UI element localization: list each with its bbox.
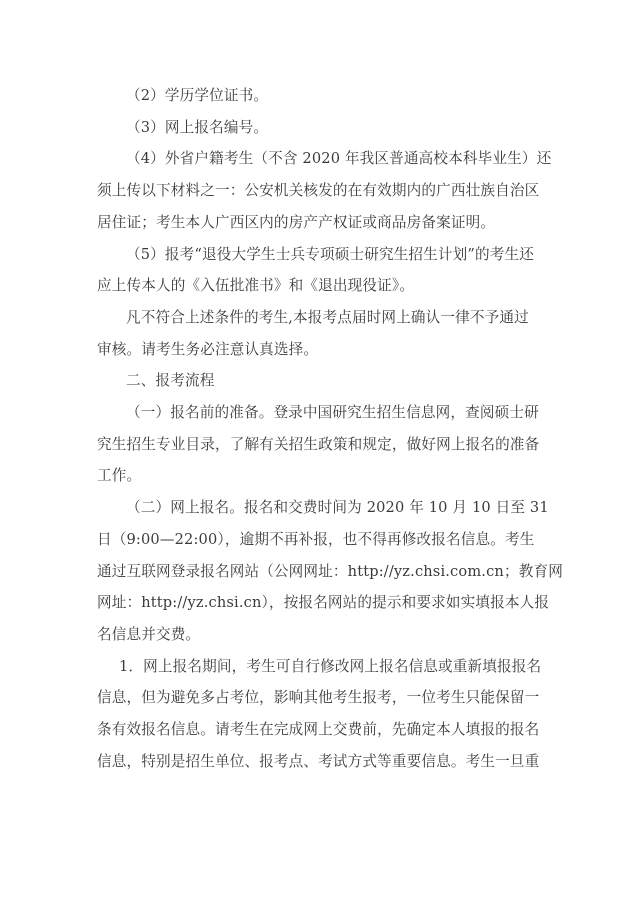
text-line: （5）报考“退役大学生士兵专项硕士研究生招生计划”的考生还	[97, 239, 539, 271]
paragraph-item-3: （3）网上报名编号。	[97, 112, 539, 144]
text-line: （2）学历学位证书。	[97, 80, 539, 112]
text-line: 名信息并交费。	[97, 619, 539, 651]
text-line: 应上传本人的《入伍批准书》和《退出现役证》。	[97, 270, 539, 302]
text-line: 究生招生专业目录，了解有关招生政策和规定，做好网上报名的准备	[97, 429, 539, 461]
paragraph-online-registration: （二）网上报名。报名和交费时间为 2020 年 10 月 10 日至 31 日（…	[97, 492, 539, 651]
text-line: 日（9:00—22:00），逾期不再补报，也不得再修改报名信息。考生	[97, 524, 539, 556]
section-heading: 二、报考流程	[97, 365, 539, 397]
text-line: 信息，但为避免多占考位，影响其他考生报考，一位考生只能保留一	[97, 682, 539, 714]
text-line: 网址：http://yz.chsi.cn），按报名网站的提示和要求如实填报本人报	[97, 587, 539, 619]
text-line: （4）外省户籍考生（不含 2020 年我区普通高校本科毕业生）还	[97, 143, 539, 175]
text-line: 工作。	[97, 460, 539, 492]
text-line: 凡不符合上述条件的考生,本报考点届时网上确认一律不予通过	[97, 302, 539, 334]
paragraph-item-5: （5）报考“退役大学生士兵专项硕士研究生招生计划”的考生还 应上传本人的《入伍批…	[97, 239, 539, 302]
text-line: 居住证；考生本人广西区内的房产产权证或商品房备案证明。	[97, 207, 539, 239]
text-line: 条有效报名信息。请考生在完成网上交费前，先确定本人填报的报名	[97, 714, 539, 746]
paragraph-rule-1: 1．网上报名期间，考生可自行修改网上报名信息或重新填报报名 信息，但为避免多占考…	[97, 651, 539, 778]
text-line: 须上传以下材料之一：公安机关核发的在有效期内的广西壮族自治区	[97, 175, 539, 207]
section-heading-process: 二、报考流程	[97, 365, 539, 397]
text-line: 审核。请考生务必注意认真选择。	[97, 334, 539, 366]
text-line: （一）报名前的准备。登录中国研究生招生信息网，查阅硕士研	[97, 397, 539, 429]
paragraph-item-2: （2）学历学位证书。	[97, 80, 539, 112]
document-page: （2）学历学位证书。 （3）网上报名编号。 （4）外省户籍考生（不含 2020 …	[97, 80, 539, 777]
text-line: （3）网上报名编号。	[97, 112, 539, 144]
paragraph-notice: 凡不符合上述条件的考生,本报考点届时网上确认一律不予通过 审核。请考生务必注意认…	[97, 302, 539, 365]
text-line: （二）网上报名。报名和交费时间为 2020 年 10 月 10 日至 31	[97, 492, 539, 524]
paragraph-item-4: （4）外省户籍考生（不含 2020 年我区普通高校本科毕业生）还 须上传以下材料…	[97, 143, 539, 238]
text-line: 信息，特别是招生单位、报考点、考试方式等重要信息。考生一旦重	[97, 746, 539, 778]
text-line: 通过互联网登录报名网站（公网网址：http://yz.chsi.com.cn；教…	[97, 556, 539, 588]
paragraph-preparation: （一）报名前的准备。登录中国研究生招生信息网，查阅硕士研 究生招生专业目录，了解…	[97, 397, 539, 492]
text-line: 1．网上报名期间，考生可自行修改网上报名信息或重新填报报名	[97, 651, 539, 683]
